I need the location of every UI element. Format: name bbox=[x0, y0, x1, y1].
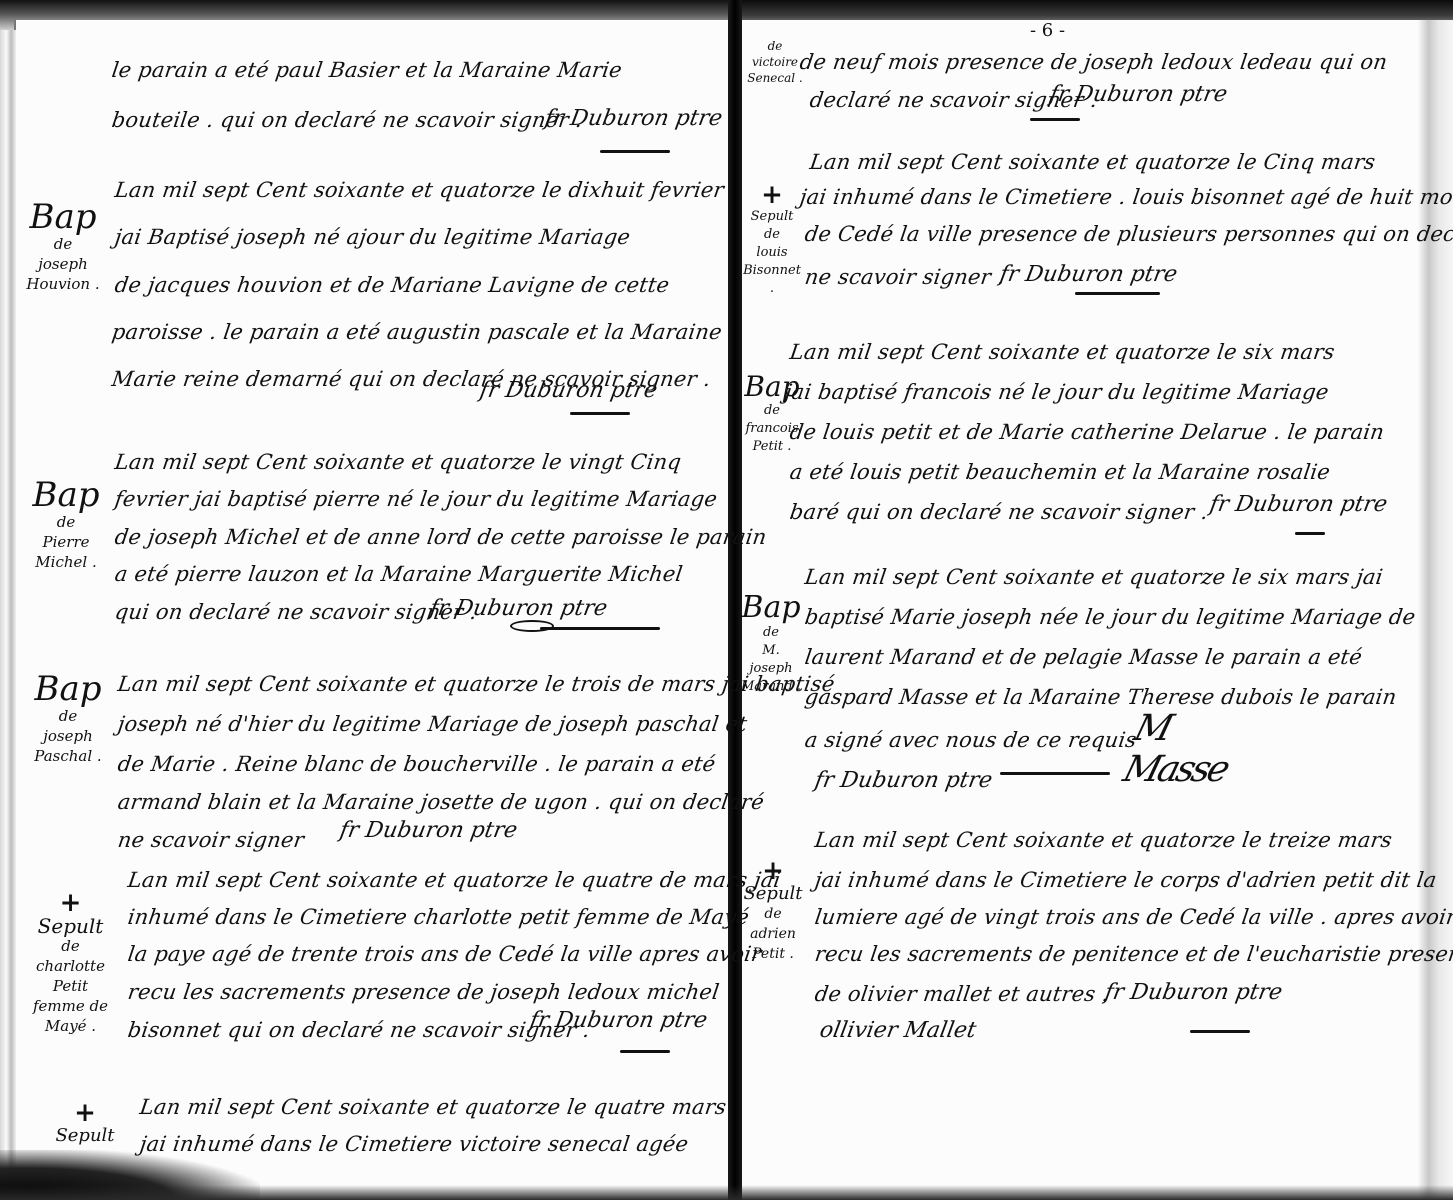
margin-note: Bap de joseph Paschal . bbox=[28, 672, 108, 766]
priest-signature: fr Duburon ptre bbox=[338, 818, 520, 843]
signature-paraph bbox=[1190, 1030, 1250, 1033]
entry-line: jai baptisé francois né le jour du legit… bbox=[783, 380, 1330, 404]
entry-line: de joseph Michel et de anne lord de cett… bbox=[113, 525, 768, 549]
entry-line: bouteile . qui on declaré ne scavoir sig… bbox=[110, 108, 584, 132]
entry-line: la paye agé de trente trois ans de Cedé … bbox=[126, 942, 763, 966]
entry-line: paroisse . le parain a eté augustin pasc… bbox=[110, 320, 723, 344]
entry-line: lumiere agé de vingt trois ans de Cedé l… bbox=[813, 905, 1453, 929]
entry-line: baptisé Marie joseph née le jour du legi… bbox=[803, 605, 1417, 629]
entry-line: de Cedé la ville presence de plusieurs p… bbox=[803, 222, 1453, 246]
cross-icon: + bbox=[742, 858, 804, 884]
entry-line: Lan mil sept Cent soixante et quatorze l… bbox=[788, 340, 1336, 364]
witness-signature: M Masse bbox=[1119, 708, 1243, 790]
cross-icon: + bbox=[50, 1100, 120, 1126]
entry-line: recu les sacrements de penitence et de l… bbox=[813, 942, 1453, 966]
priest-signature: fr Duburon ptre bbox=[1048, 82, 1230, 107]
entry-line: qui on declaré ne scavoir signer . bbox=[113, 600, 478, 624]
signature-paraph bbox=[1075, 292, 1160, 295]
priest-signature: fr Duburon ptre bbox=[998, 262, 1180, 287]
entry-line: fevrier jai baptisé pierre né le jour du… bbox=[113, 487, 718, 511]
entry-line: le parain a eté paul Basier et la Marain… bbox=[110, 58, 623, 82]
register-scan: - 6 - le parain a eté paul Basier et la … bbox=[0, 0, 1453, 1200]
margin-note: Bap de Pierre Michel . bbox=[26, 478, 106, 572]
entry-line: de Marie . Reine blanc de boucherville .… bbox=[116, 752, 717, 776]
signature-paraph bbox=[510, 620, 554, 632]
cross-icon: + bbox=[742, 182, 802, 208]
entry-line: Lan mil sept Cent soixante et quatorze l… bbox=[113, 178, 725, 202]
entry-line: ne scavoir signer bbox=[116, 828, 305, 852]
signature-paraph bbox=[1295, 532, 1325, 535]
margin-note: + Sepult de charlotte Petit femme de May… bbox=[28, 890, 113, 1036]
entry-line: a eté pierre lauzon et la Maraine Margue… bbox=[113, 562, 684, 586]
page-number: - 6 - bbox=[1030, 20, 1065, 41]
entry-line: de neuf mois presence de joseph ledoux l… bbox=[798, 50, 1389, 74]
entry-line: Lan mil sept Cent soixante et quatorze l… bbox=[808, 150, 1377, 174]
entry-line: Lan mil sept Cent soixante et quatorze l… bbox=[126, 868, 782, 892]
priest-signature: fr Duburon ptre bbox=[528, 1008, 710, 1033]
entry-line: baré qui on declaré ne scavoir signer . bbox=[788, 500, 1209, 524]
entry-line: de olivier mallet et autres . bbox=[813, 982, 1111, 1006]
signature-paraph bbox=[570, 412, 630, 415]
entry-line: bisonnet qui on declaré ne scavoir signe… bbox=[126, 1018, 591, 1042]
entry-line: Lan mil sept Cent soixante et quatorze l… bbox=[113, 450, 682, 474]
entry-line: de louis petit et de Marie catherine Del… bbox=[788, 420, 1385, 444]
priest-signature: fr Duburon ptre bbox=[1103, 980, 1285, 1005]
entry-line: a signé avec nous de ce requis bbox=[803, 728, 1138, 752]
cross-icon: + bbox=[28, 890, 113, 916]
priest-signature: fr Duburon ptre bbox=[543, 106, 725, 131]
entry-line: inhumé dans le Cimetiere charlotte petit… bbox=[126, 905, 750, 929]
witness-signature: ollivier Mallet bbox=[818, 1018, 978, 1043]
entry-line: Lan mil sept Cent soixante et quatorze l… bbox=[138, 1095, 728, 1119]
signature-paraph bbox=[540, 627, 660, 630]
priest-signature: fr Duburon ptre bbox=[478, 378, 660, 403]
priest-signature: fr Duburon ptre bbox=[1208, 492, 1390, 517]
entry-line: Lan mil sept Cent soixante et quatorze l… bbox=[116, 672, 836, 696]
entry-line: joseph né d'hier du legitime Mariage de … bbox=[116, 712, 748, 736]
margin-note: + Sepult de adrien Petit . bbox=[742, 858, 804, 964]
margin-note: Bap de joseph Houvion . bbox=[18, 200, 108, 294]
margin-note: + Sepult bbox=[50, 1100, 120, 1146]
entry-line: jai inhumé dans le Cimetiere le corps d'… bbox=[813, 868, 1438, 892]
margin-note: Bap de M. joseph Marand . bbox=[740, 592, 802, 696]
signature-paraph bbox=[600, 150, 670, 153]
entry-line: ne scavoir signer . bbox=[803, 265, 1006, 289]
book-bottom-edge bbox=[0, 1185, 1453, 1200]
entry-line: jai Baptisé joseph né ajour du legitime … bbox=[113, 225, 631, 249]
signature-paraph bbox=[1030, 118, 1080, 121]
margin-note: de victoire Senecal . bbox=[745, 38, 805, 86]
entry-line: armand blain et la Maraine josette de ug… bbox=[116, 790, 765, 814]
entry-line: laurent Marand et de pelagie Masse le pa… bbox=[803, 645, 1363, 669]
entry-line: gaspard Masse et la Maraine Therese dubo… bbox=[803, 685, 1398, 709]
priest-signature: fr Duburon ptre bbox=[428, 596, 610, 621]
priest-signature: fr Duburon ptre bbox=[813, 768, 995, 793]
signature-paraph bbox=[620, 1050, 670, 1053]
signature-paraph bbox=[1000, 772, 1110, 775]
entry-line: a eté louis petit beauchemin et la Marai… bbox=[788, 460, 1331, 484]
entry-line: de jacques houvion et de Mariane Lavigne… bbox=[113, 273, 671, 297]
entry-line: Lan mil sept Cent soixante et quatorze l… bbox=[813, 828, 1393, 852]
entry-line: jai inhumé dans le Cimetiere . louis bis… bbox=[798, 185, 1453, 209]
entry-line: recu les sacrements presence de joseph l… bbox=[126, 980, 720, 1004]
margin-note: + Sepult de louis Bisonnet . bbox=[742, 182, 802, 298]
entry-line: Lan mil sept Cent soixante et quatorze l… bbox=[803, 565, 1384, 589]
left-binding bbox=[0, 30, 16, 1200]
